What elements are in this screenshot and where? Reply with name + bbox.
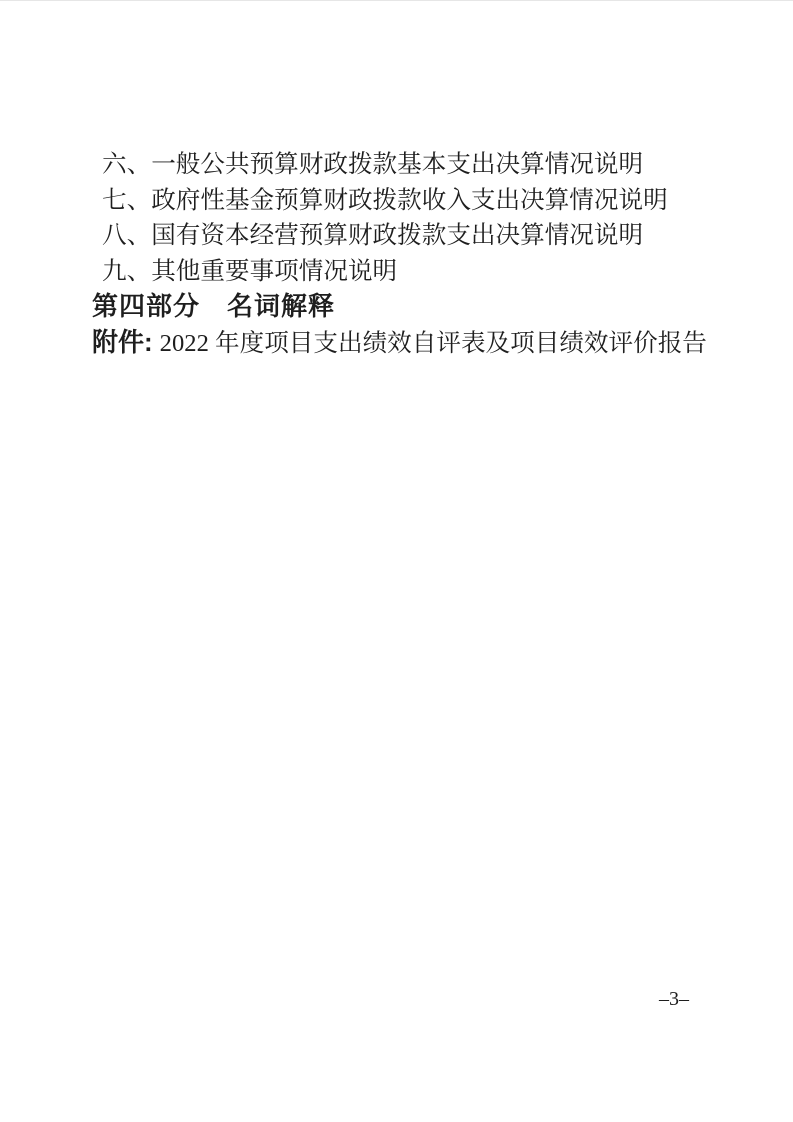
toc-content: 六、一般公共预算财政拨款基本支出决算情况说明 七、政府性基金预算财政拨款收入支出… [92, 147, 752, 361]
attachment-line: 附件:2022 年度项目支出绩效自评表及项目绩效评价报告 [92, 325, 752, 361]
toc-item: 七、政府性基金预算财政拨款收入支出决算情况说明 [92, 183, 752, 219]
section-heading: 第四部分 名词解释 [92, 289, 752, 325]
toc-item: 八、国有资本经营预算财政拨款支出决算情况说明 [92, 218, 752, 254]
document-page: 六、一般公共预算财政拨款基本支出决算情况说明 七、政府性基金预算财政拨款收入支出… [0, 0, 793, 1122]
attachment-label: 附件: [92, 327, 153, 357]
toc-item: 九、其他重要事项情况说明 [92, 254, 752, 290]
page-number: –3– [659, 987, 689, 1011]
page-top-edge [0, 0, 793, 1]
toc-item: 六、一般公共预算财政拨款基本支出决算情况说明 [92, 147, 752, 183]
attachment-text: 2022 年度项目支出绩效自评表及项目绩效评价报告 [160, 330, 707, 357]
